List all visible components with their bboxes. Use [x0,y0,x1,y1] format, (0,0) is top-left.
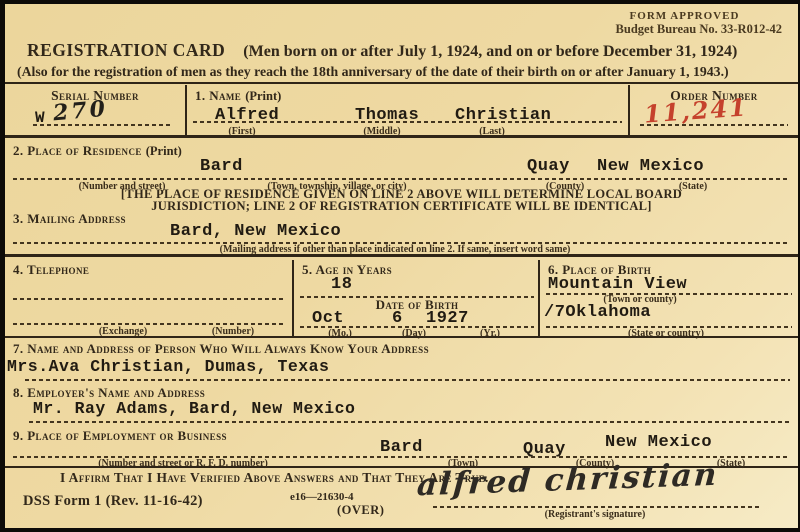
contact-label: 7. Name and Address of Person Who Will A… [13,341,429,357]
form-title: REGISTRATION CARD [27,40,225,60]
employment-sub-street: (Number and street or R. F. D. number) [98,458,268,469]
dotted-line [13,178,790,180]
birthplace-cell: 6. Place of Birth Mountain View (Town or… [540,260,798,336]
employer-value: Mr. Ray Adams, Bard, New Mexico [33,399,355,418]
age-value: 18 [331,275,352,294]
signature-caption: (Registrant's signature) [545,509,646,520]
name-sub-middle: (Middle) [363,126,400,137]
dotted-line [29,421,790,423]
telephone-sub-number: (Number) [212,326,254,337]
print-code: e16—21630-4 [290,491,354,503]
form-title-row: REGISTRATION CARD (Men born on or after … [27,40,737,61]
age-sub-year: (Yr.) [480,328,500,339]
employment-label: 9. Place of Employment or Business [13,428,227,444]
mailing-sub: (Mailing address if other than place ind… [220,244,571,255]
form-title-note: (Men born on or after July 1, 1924, and … [243,43,737,60]
birthplace-sub-state: (State or country) [628,328,704,339]
residence-state: New Mexico [597,157,704,176]
row-contact: 7. Name and Address of Person Who Will A… [5,340,798,385]
dotted-line [13,298,286,300]
row-residence: 2. Place of Residence (Print) Bard Quay … [5,141,798,210]
age-cell: 5. Age in Years 18 Date of Birth Oct 6 1… [296,260,540,336]
residence-county: Quay [527,157,570,176]
stamp-line1: FORM APPROVED [630,10,782,22]
name-sub-last: (Last) [479,126,505,137]
residence-label: 2. Place of Residence (Print) [13,142,182,160]
divider [5,82,798,84]
form-subtitle: (Also for the registration of men as the… [17,64,729,80]
row-telephone-age-birth: 4. Telephone (Exchange) (Number) 5. Age … [5,260,798,338]
stamp-line2: Budget Bureau No. 33-R012-42 [616,22,782,37]
approval-stamp: FORM APPROVED Budget Bureau No. 33-R012-… [616,10,782,37]
telephone-cell: 4. Telephone (Exchange) (Number) [5,260,294,336]
row-employer: 8. Employer's Name and Address Mr. Ray A… [5,385,798,428]
employment-town: Bard [380,438,423,457]
telephone-sub-exchange: (Exchange) [99,326,147,337]
order-number-cell: Order Number 11,241 [628,85,798,135]
registration-card: FORM APPROVED Budget Bureau No. 33-R012-… [5,4,798,528]
dotted-line [193,121,622,123]
employment-state: New Mexico [605,433,712,452]
serial-number-value: 270 [52,96,109,127]
form-number: DSS Form 1 (Rev. 11-16-42) [23,493,203,510]
dotted-line [25,379,790,381]
residence-town: Bard [200,157,243,176]
age-sub-month: (Mo.) [328,328,352,339]
age-sub-day: (Day) [402,328,426,339]
over-label: (OVER) [337,503,384,518]
row-mailing: 3. Mailing Address Bard, New Mexico (Mai… [5,210,798,257]
dotted-line [13,323,286,325]
mailing-value: Bard, New Mexico [170,222,341,241]
birthplace-town: Mountain View [548,275,687,294]
employment-sub-state: (State) [717,458,745,469]
contact-value: Mrs.Ava Christian, Dumas, Texas [7,357,329,376]
signature-line [433,506,762,508]
name-cell: 1. Name (Print) Alfred Thomas Christian … [187,85,628,135]
serial-number-cell: Serial Number W 270 [5,85,187,135]
row-serial-name-order: Serial Number W 270 1. Name (Print) Alfr… [5,85,798,138]
birthplace-state: /7Oklahoma [544,303,651,322]
name-label: 1. Name (Print) [195,87,281,105]
mailing-label: 3. Mailing Address [13,211,126,227]
telephone-label: 4. Telephone [13,262,89,278]
name-sub-first: (First) [228,126,255,137]
